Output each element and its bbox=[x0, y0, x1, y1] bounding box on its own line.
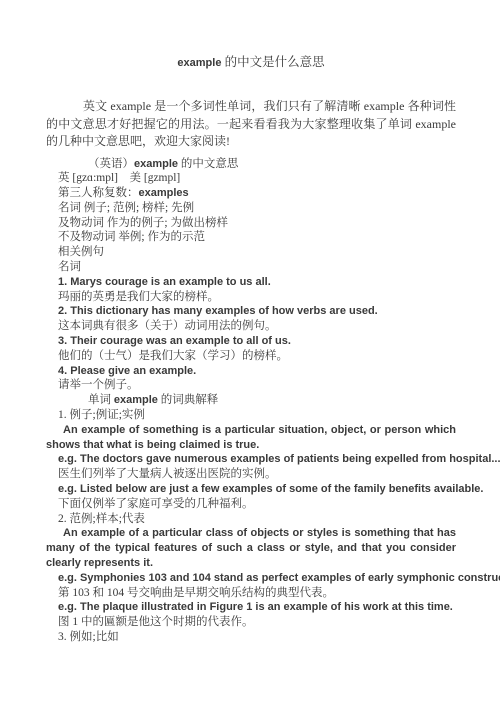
example-sentence-en: 4. Please give an example. bbox=[46, 364, 456, 379]
example-sentence-zh: 这本词典有很多（关于）动词用法的例句。 bbox=[46, 319, 456, 334]
sense-line: 2. 范例;样本;代表 bbox=[46, 512, 456, 527]
page-title: example 的中文是什么意思 bbox=[46, 54, 456, 71]
plural-en-word: examples bbox=[139, 187, 189, 199]
page-title-zh-text: 的中文是什么意思 bbox=[221, 55, 324, 69]
eg-line-en: e.g. Listed below are just a few example… bbox=[46, 482, 456, 497]
dictionary-body: （英语）example 的中文意思 英 [gzɑ:mpl] 美 [gzmpl] … bbox=[46, 157, 456, 645]
eg-line-en: e.g. Symphonies 103 and 104 stand as per… bbox=[46, 571, 456, 586]
dict-heading-post: 的词典解释 bbox=[158, 394, 218, 406]
example-sentence-en: 1. Marys courage is an example to us all… bbox=[46, 275, 456, 290]
example-sentence-zh: 玛丽的英勇是我们大家的榜样。 bbox=[46, 290, 456, 305]
meaning-heading-en-word: example bbox=[134, 158, 178, 170]
definition-line: An example of a particular class of obje… bbox=[46, 526, 456, 570]
page-title-en-word: example bbox=[177, 57, 221, 69]
example-sentence-zh: 请举一个例子。 bbox=[46, 378, 456, 393]
sense-line: 1. 例子;例证;实例 bbox=[46, 408, 456, 423]
meaning-heading-pre: （英语） bbox=[88, 158, 134, 170]
sense-line: 3. 例如;比如 bbox=[46, 630, 456, 645]
noun-label: 名词 bbox=[46, 260, 456, 275]
document-page: example 的中文是什么意思 英文 example 是一个多词性单词，我们只… bbox=[0, 0, 500, 707]
eg-line-zh: 下面仅例举了家庭可享受的几种福利。 bbox=[46, 497, 456, 512]
meaning-heading-post: 的中文意思 bbox=[178, 158, 238, 170]
eg-line-en: e.g. The doctors gave numerous examples … bbox=[46, 452, 456, 467]
plural-line: 第三人称复数：examples bbox=[46, 186, 456, 201]
dict-section-heading: 单词 example 的词典解释 bbox=[46, 393, 456, 408]
eg-line-zh: 第 103 和 104 号交响曲是早期交响乐结构的典型代表。 bbox=[46, 586, 456, 601]
plural-label: 第三人称复数： bbox=[58, 187, 139, 199]
definition-line: An example of something is a particular … bbox=[46, 423, 456, 453]
dict-heading-en-word: example bbox=[114, 394, 158, 406]
intro-paragraph: 英文 example 是一个多词性单词，我们只有了解清晰 example 各种词… bbox=[46, 98, 456, 151]
phonetic-line: 英 [gzɑ:mpl] 美 [gzmpl] bbox=[46, 171, 456, 186]
pos-noun-line: 名词 例子; 范例; 榜样; 先例 bbox=[46, 201, 456, 216]
example-sentence-en: 2. This dictionary has many examples of … bbox=[46, 304, 456, 319]
pos-intransitive-verb-line: 不及物动词 举例; 作为的示范 bbox=[46, 230, 456, 245]
eg-line-zh: 图 1 中的匾额是他这个时期的代表作。 bbox=[46, 615, 456, 630]
pos-transitive-verb-line: 及物动词 作为的例子; 为做出榜样 bbox=[46, 216, 456, 231]
eg-line-zh: 医生们列举了大量病人被逐出医院的实例。 bbox=[46, 467, 456, 482]
dict-heading-pre: 单词 bbox=[88, 394, 114, 406]
example-sentence-zh: 他们的（士气）是我们大家（学习）的榜样。 bbox=[46, 349, 456, 364]
meaning-section-heading: （英语）example 的中文意思 bbox=[46, 157, 456, 172]
related-examples-label: 相关例句 bbox=[46, 245, 456, 260]
example-sentence-en: 3. Their courage was an example to all o… bbox=[46, 334, 456, 349]
eg-line-en: e.g. The plaque illustrated in Figure 1 … bbox=[46, 600, 456, 615]
